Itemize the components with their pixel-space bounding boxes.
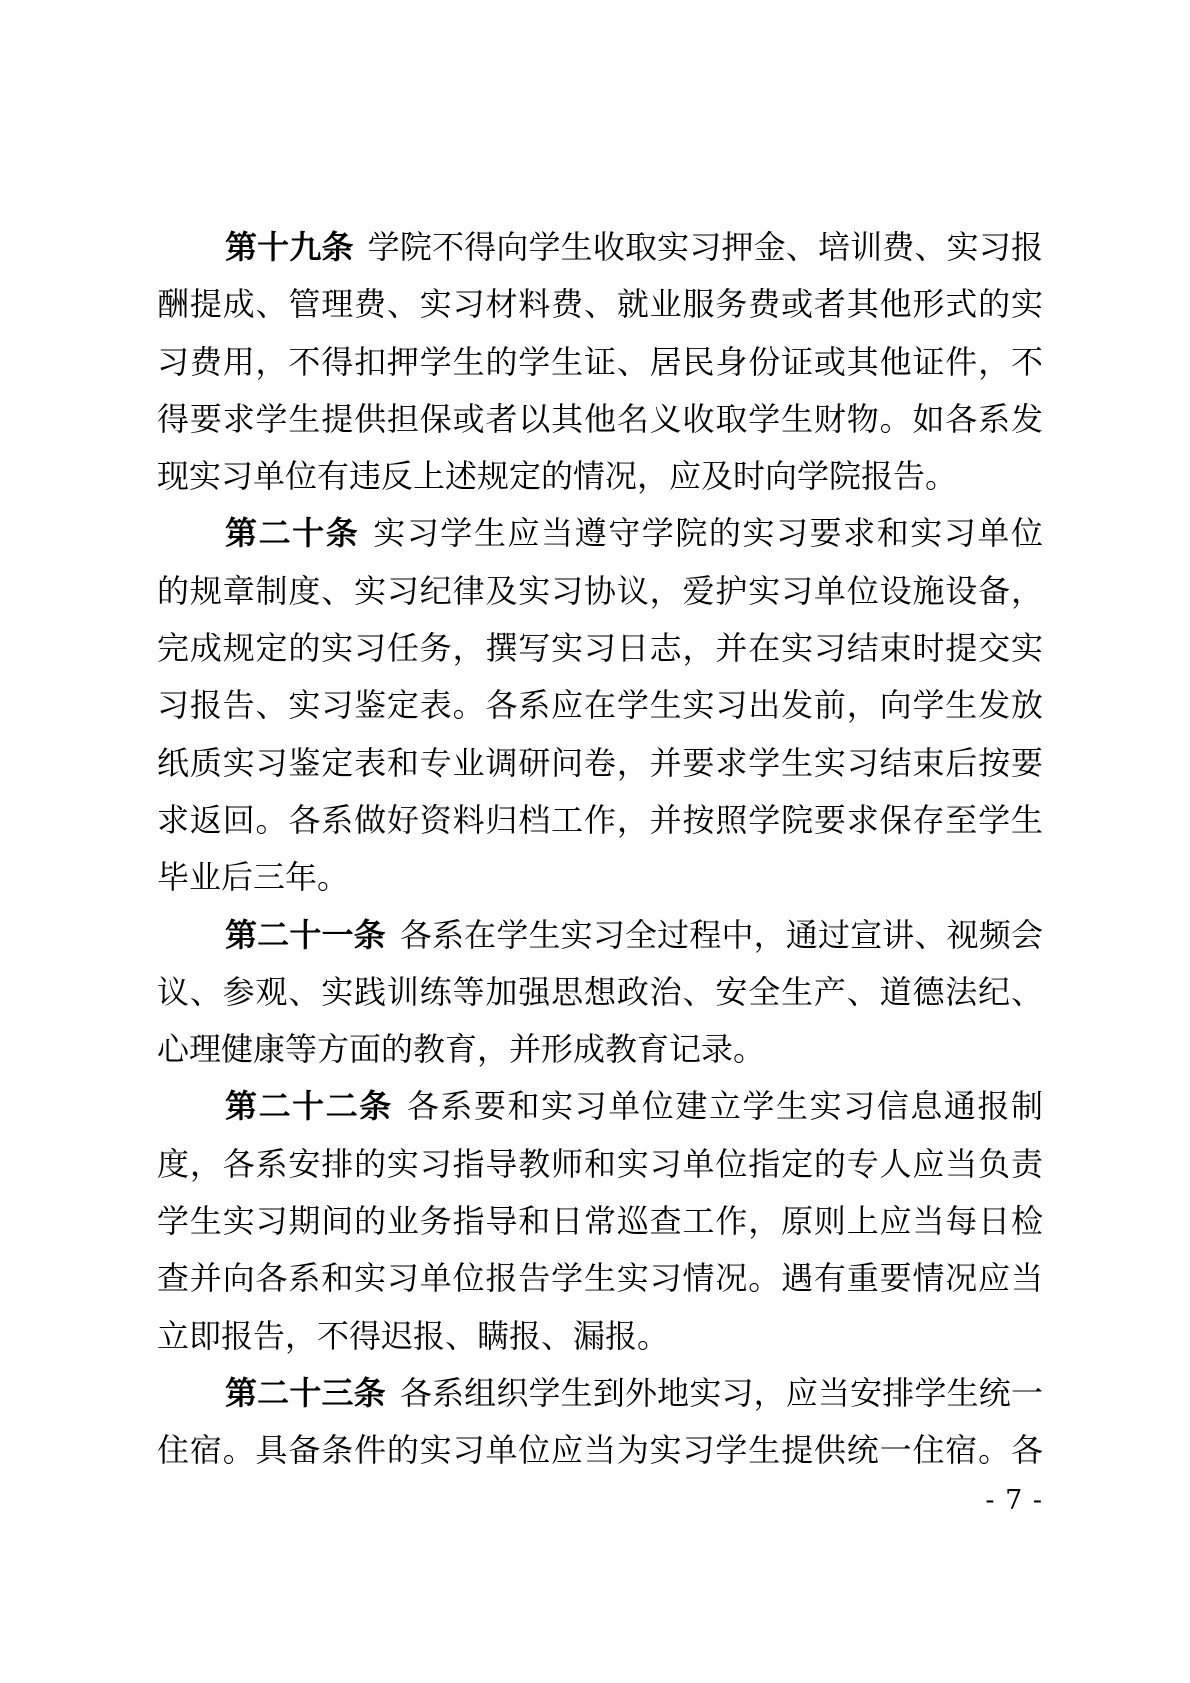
article-20-number: 第二十条 (225, 514, 359, 552)
text-line: 现实习单位有违反上述规定的情况，应及时向学院报告。 (157, 448, 1043, 505)
article-19-opening-line: 第十九条学院不得向学生收取实习押金、培训费、实习报 (157, 219, 1043, 276)
line-text: 各系要和实习单位建立学生实习信息通报制 (407, 1087, 1043, 1125)
line-text: 毕业后三年。 (157, 858, 349, 896)
text-line: 学生实习期间的业务指导和日常巡查工作，原则上应当每日检 (157, 1193, 1043, 1250)
text-line: 习报告、实习鉴定表。各系应在学生实习出发前，向学生发放 (157, 677, 1043, 734)
text-line: 住宿。具备条件的实习单位应当为实习学生提供统一住宿。各 (157, 1422, 1043, 1479)
article-20-opening-line: 第二十条实习学生应当遵守学院的实习要求和实习单位 (157, 505, 1043, 562)
line-text: 实习学生应当遵守学院的实习要求和实习单位 (373, 514, 1043, 552)
line-text: 习费用，不得扣押学生的学生证、居民身份证或其他证件，不 (157, 343, 1043, 381)
text-line: 的规章制度、实习纪律及实习协议，爱护实习单位设施设备， (157, 563, 1043, 620)
text-line: 心理健康等方面的教育，并形成教育记录。 (157, 1021, 1043, 1078)
text-line: 完成规定的实习任务，撰写实习日志，并在实习结束时提交实 (157, 620, 1043, 677)
line-text: 查并向各系和实习单位报告学生实习情况。遇有重要情况应当 (157, 1259, 1043, 1297)
line-text: 各系组织学生到外地实习，应当安排学生统一 (400, 1374, 1043, 1412)
text-line: 查并向各系和实习单位报告学生实习情况。遇有重要情况应当 (157, 1250, 1043, 1307)
text-line: 议、参观、实践训练等加强思想政治、安全生产、道德法纪、 (157, 964, 1043, 1021)
article-23-opening-line: 第二十三条各系组织学生到外地实习，应当安排学生统一 (157, 1365, 1043, 1422)
line-text: 得要求学生提供担保或者以其他名义收取学生财物。如各系发 (157, 400, 1043, 438)
text-line: 得要求学生提供担保或者以其他名义收取学生财物。如各系发 (157, 391, 1043, 448)
document-page: 第十九条学院不得向学生收取实习押金、培训费、实习报 酬提成、管理费、实习材料费、… (0, 0, 1190, 1683)
line-text: 住宿。具备条件的实习单位应当为实习学生提供统一住宿。各 (157, 1431, 1043, 1469)
page-number: - 7 - (157, 1486, 1043, 1516)
line-text: 学院不得向学生收取实习押金、培训费、实习报 (368, 228, 1043, 266)
line-text: 学生实习期间的业务指导和日常巡查工作，原则上应当每日检 (157, 1202, 1043, 1240)
text-line: 立即报告，不得迟报、瞒报、漏报。 (157, 1308, 1043, 1365)
line-text: 求返回。各系做好资料归档工作，并按照学院要求保存至学生 (157, 801, 1043, 839)
text-line: 习费用，不得扣押学生的学生证、居民身份证或其他证件，不 (157, 334, 1043, 391)
line-text: 度，各系安排的实习指导教师和实习单位指定的专人应当负责 (157, 1145, 1043, 1183)
line-text: 立即报告，不得迟报、瞒报、漏报。 (157, 1317, 669, 1355)
document-body: 第十九条学院不得向学生收取实习押金、培训费、实习报 酬提成、管理费、实习材料费、… (157, 219, 1043, 1480)
text-line: 酬提成、管理费、实习材料费、就业服务费或者其他形式的实 (157, 276, 1043, 333)
article-22-number: 第二十二条 (225, 1087, 393, 1125)
line-text: 酬提成、管理费、实习材料费、就业服务费或者其他形式的实 (157, 285, 1043, 323)
article-19-number: 第十九条 (225, 228, 354, 266)
line-text: 完成规定的实习任务，撰写实习日志，并在实习结束时提交实 (157, 629, 1043, 667)
text-line: 纸质实习鉴定表和专业调研问卷，并要求学生实习结束后按要 (157, 735, 1043, 792)
line-text: 纸质实习鉴定表和专业调研问卷，并要求学生实习结束后按要 (157, 744, 1043, 782)
text-line: 求返回。各系做好资料归档工作，并按照学院要求保存至学生 (157, 792, 1043, 849)
line-text: 的规章制度、实习纪律及实习协议，爱护实习单位设施设备， (157, 572, 1043, 610)
article-23-number: 第二十三条 (225, 1374, 386, 1412)
article-21-number: 第二十一条 (225, 916, 386, 954)
text-line: 度，各系安排的实习指导教师和实习单位指定的专人应当负责 (157, 1136, 1043, 1193)
line-text: 现实习单位有违反上述规定的情况，应及时向学院报告。 (157, 457, 957, 495)
article-21-opening-line: 第二十一条各系在学生实习全过程中，通过宣讲、视频会 (157, 907, 1043, 964)
line-text: 各系在学生实习全过程中，通过宣讲、视频会 (400, 916, 1043, 954)
text-line: 毕业后三年。 (157, 849, 1043, 906)
line-text: 议、参观、实践训练等加强思想政治、安全生产、道德法纪、 (157, 973, 1043, 1011)
article-22-opening-line: 第二十二条各系要和实习单位建立学生实习信息通报制 (157, 1078, 1043, 1135)
line-text: 习报告、实习鉴定表。各系应在学生实习出发前，向学生发放 (157, 686, 1043, 724)
line-text: 心理健康等方面的教育，并形成教育记录。 (157, 1030, 765, 1068)
